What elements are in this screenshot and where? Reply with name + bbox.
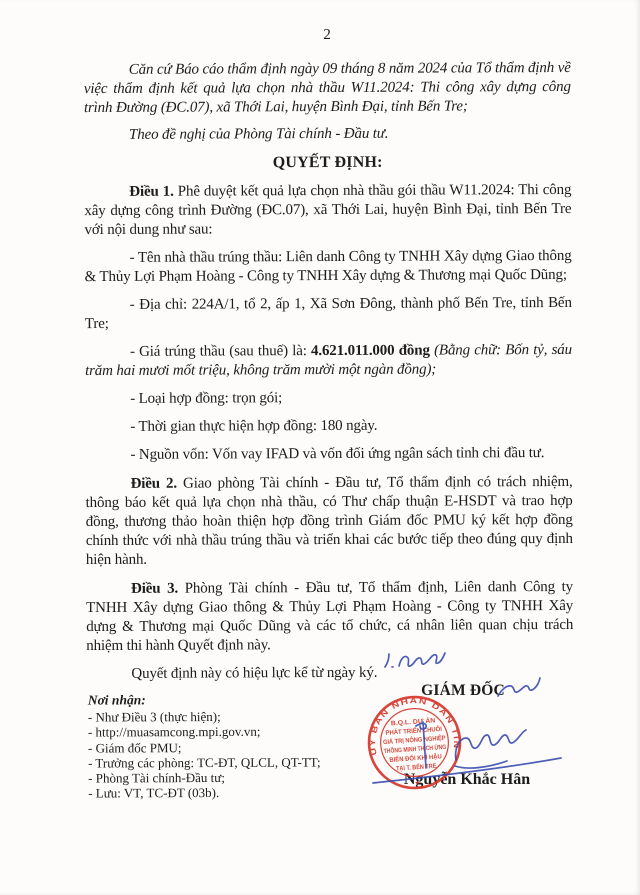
recipient-item: - Trưởng các phòng: TC-ĐT, QLCL, QT-TT; bbox=[88, 754, 338, 770]
item-duration: - Thời gian thực hiện hợp đồng: 180 ngày… bbox=[85, 416, 572, 437]
item-contractor-name: - Tên nhà thầu trúng thầu: Liên danh Côn… bbox=[85, 247, 572, 287]
signature-icon bbox=[456, 730, 526, 760]
preamble-can-cu: Căn cứ Báo cáo thẩm định ngày 09 tháng 8… bbox=[84, 59, 571, 118]
article-2: Điều 2. Giao phòng Tài chính - Đầu tư, T… bbox=[86, 473, 573, 570]
decision-heading: QUYẾT ĐỊNH: bbox=[84, 152, 571, 173]
page-number: 2 bbox=[84, 25, 571, 46]
item-price: - Giá trúng thầu (sau thuế) là: 4.621.01… bbox=[85, 341, 572, 381]
recipient-item: - Lưu: VT, TC-ĐT (03b). bbox=[88, 785, 338, 801]
recipients-title: Nơi nhận: bbox=[88, 691, 338, 707]
article-1-label: Điều 1. bbox=[129, 184, 173, 200]
item-price-amount: 4.621.011.000 đồng bbox=[311, 343, 430, 360]
stamp-line: B.Q.L. DỰ ÁN bbox=[391, 715, 436, 727]
item-funding: - Nguồn vốn: Vốn vay IFAD và vốn đối ứng… bbox=[85, 444, 572, 465]
article-1: Điều 1. Phê duyệt kết quả lựa chọn nhà t… bbox=[84, 181, 571, 240]
preamble-theo-de-nghi: Theo đề nghị của Phòng Tài chính - Đầu t… bbox=[84, 124, 571, 145]
article-3: Điều 3. Phòng Tài chính - Đầu tư, Tổ thẩ… bbox=[86, 578, 573, 656]
article-3-label: Điều 3. bbox=[131, 581, 178, 597]
recipient-item: - Như Điều 3 (thực hiện); bbox=[88, 709, 338, 725]
article-2-label: Điều 2. bbox=[131, 476, 177, 492]
recipient-item: - Phòng Tài chính-Đầu tư; bbox=[88, 769, 338, 785]
stamp-star-icon: ★ bbox=[414, 780, 420, 787]
recipient-item: - http://muasamcong.mpi.gov.vn; bbox=[88, 724, 338, 740]
document-body: 2 Căn cứ Báo cáo thẩm định ngày 09 tháng… bbox=[84, 25, 574, 684]
item-price-prefix: - Giá trúng thầu (sau thuế) là: bbox=[130, 343, 311, 360]
item-contract-type: - Loại hợp đồng: trọn gói; bbox=[85, 388, 572, 409]
official-red-stamp: ỦY BAN NHÂN DÂN TỈNH BẾN TRE ★ B.Q.L. DỰ… bbox=[363, 691, 467, 795]
recipient-item: - Giám đốc PMU; bbox=[88, 739, 338, 755]
item-address: - Địa chỉ: 224A/1, tổ 2, ấp 1, Xã Sơn Đô… bbox=[85, 294, 572, 334]
document-page: 2 Căn cứ Báo cáo thẩm định ngày 09 tháng… bbox=[0, 0, 640, 895]
effective-clause: Quyết định này có hiệu lực kể từ ngày ký… bbox=[86, 663, 573, 684]
recipients-block: Nơi nhận: - Như Điều 3 (thực hiện); - ht… bbox=[88, 691, 338, 801]
